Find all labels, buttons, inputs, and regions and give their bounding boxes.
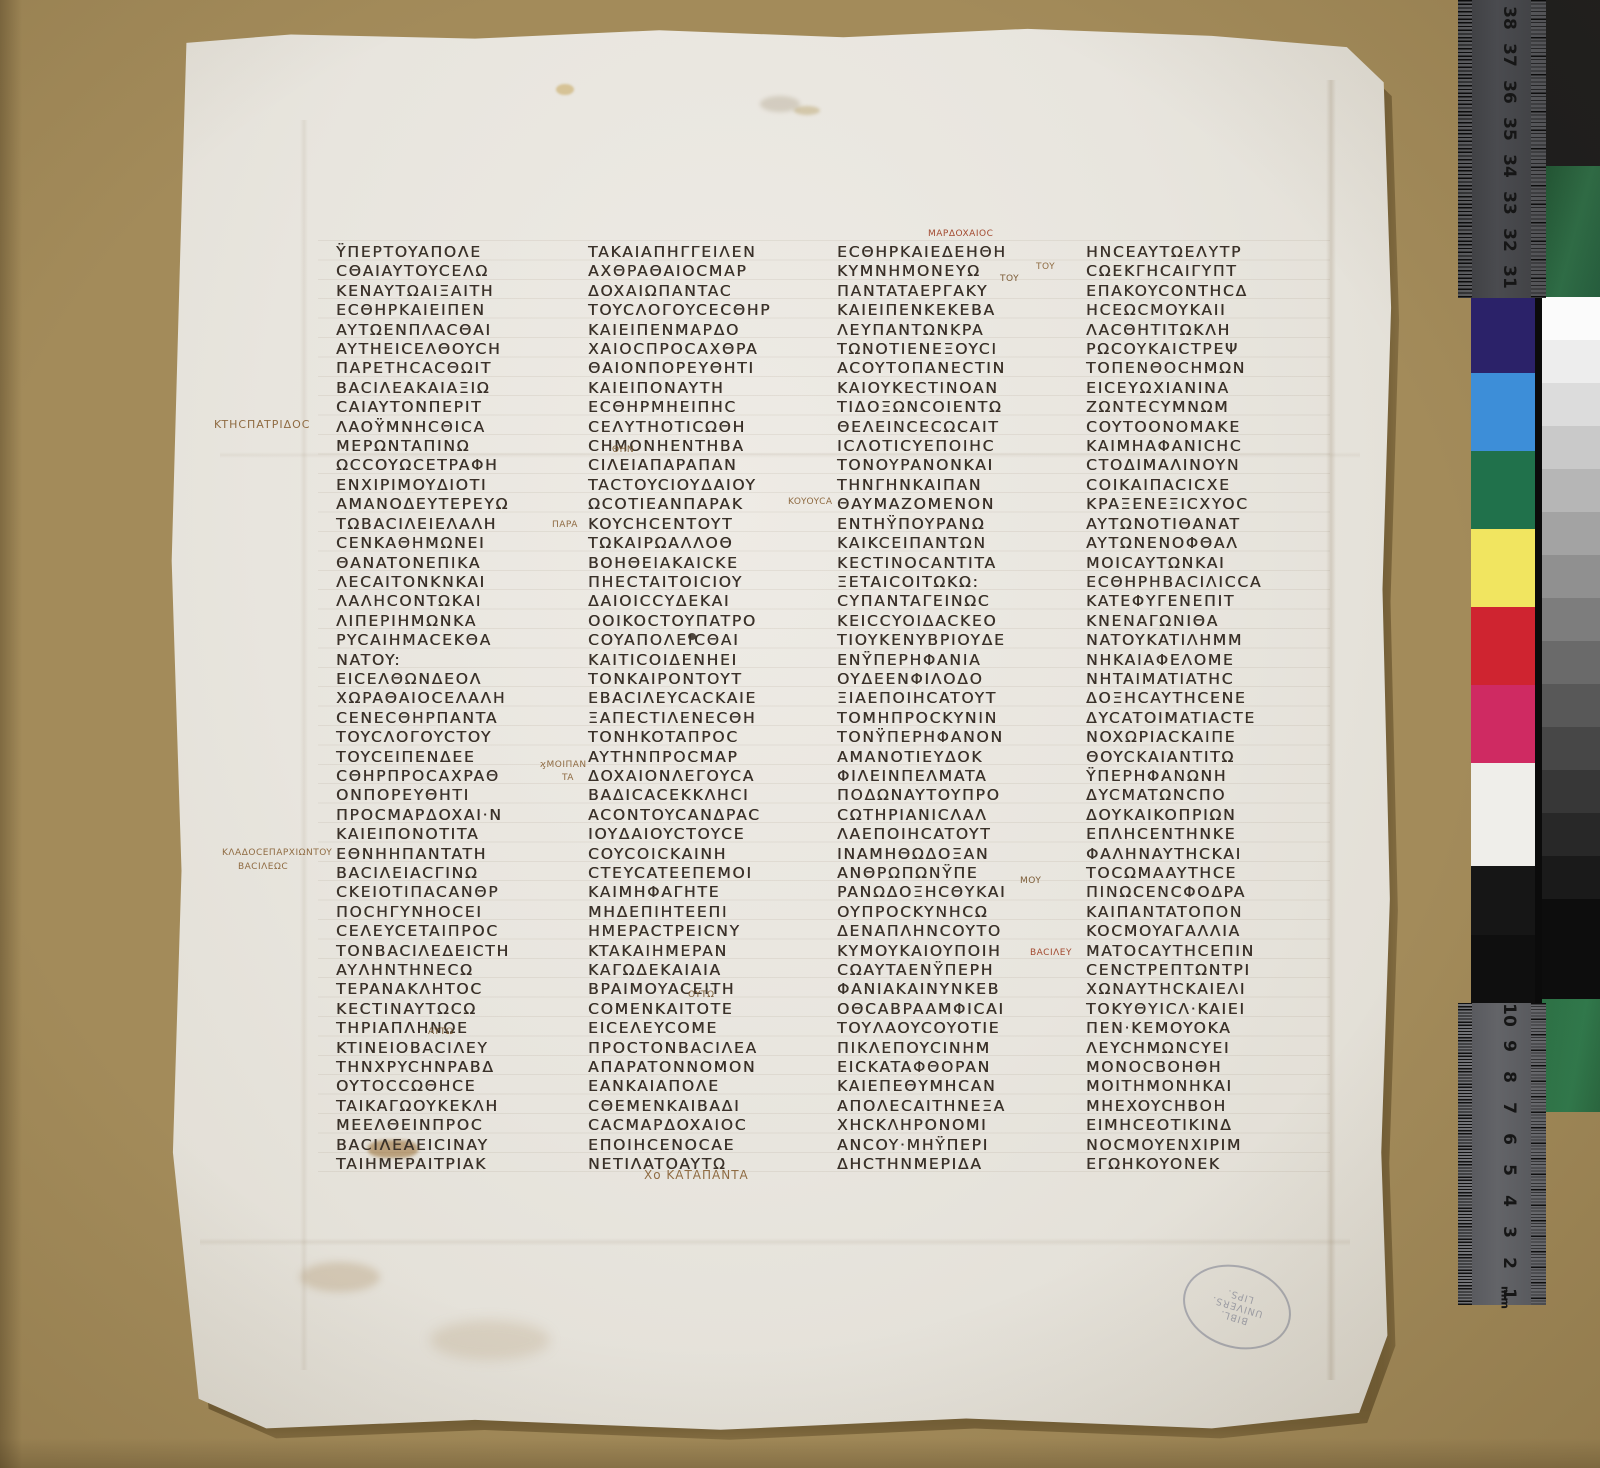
margin-note-klados-line2: BACIΛEΩC [238, 862, 288, 872]
text-line: TOYCΛOΓOYCTOY [336, 728, 580, 747]
text-line: OYΠPOCKYNHCΩ [837, 903, 1081, 922]
text-line: ΦIΛEINΠEΛMATA [837, 767, 1081, 786]
text-line: TOYΛAOYCOYOTIE [837, 1019, 1081, 1038]
text-line: KATEΦYΓENEΠIT [1086, 592, 1330, 611]
rubric-mardochaios: MAPΔOXAIOC [928, 229, 993, 239]
text-line: ΠEN·KEMOYOKA [1086, 1019, 1330, 1038]
gray-step-12 [1542, 770, 1600, 813]
text-line: ΘAIONΠOPEYΘHTI [588, 359, 832, 378]
text-line: EΠAKOYCONTHCΔ [1086, 282, 1330, 301]
text-line: ΔENAΠΛHNCOYTO [837, 922, 1081, 941]
text-line: COYTOONOMAKE [1086, 418, 1330, 437]
text-line: NHTAIMATIATHC [1086, 670, 1330, 689]
text-line: AMANOΔEYTEPEYΩ [336, 495, 580, 514]
text-line: ΔOYKAIKOΠPIΩN [1086, 806, 1330, 825]
text-line: KECTINOCANTITA [837, 554, 1081, 573]
text-line: AMANOTIEYΔOK [837, 748, 1081, 767]
text-line: CΩEKΓHCAIΓYΠT [1086, 262, 1330, 281]
ruler-cm-ticks [1531, 1003, 1546, 1305]
text-line: AYTHEICEΛΘOYCH [336, 340, 580, 359]
text-line: ΔOXAIONΛEΓOYCA [588, 767, 832, 786]
superscript-tou: TOY [1000, 274, 1019, 284]
text-line: ΔYCATOIMATIACTE [1086, 709, 1330, 728]
text-line: NATOYKATIΛHMM [1086, 631, 1330, 650]
color-patch-black [1471, 866, 1535, 935]
text-line: ΠPOCTONBACIΛEA [588, 1039, 832, 1058]
text-line: ΔOXAIΩΠANTAC [588, 282, 832, 301]
text-line: ANΘPΩΠΩNΫΠE [837, 864, 1081, 883]
color-patch-dark-blue [1471, 295, 1535, 373]
text-line: TOCΩMAAYTHCE [1086, 864, 1330, 883]
text-line: TΩBACIΛEIEΛAΛH [336, 515, 580, 534]
text-line: KAITICOIΔENHEI [588, 651, 832, 670]
ruler-number-4: 4 [1499, 1188, 1519, 1214]
gray-step-1 [1542, 297, 1600, 340]
text-line: THNΓHNKAIΠAN [837, 476, 1081, 495]
text-line: ΠIKΛEΠOYCINHM [837, 1039, 1081, 1058]
text-line: TONBACIΛEΔEICTH [336, 942, 580, 961]
text-line: KAIMHΦAΓHTE [588, 883, 832, 902]
ruler-number-34: 34 [1499, 153, 1519, 179]
text-line: KAIΠANTATOΠON [1086, 903, 1330, 922]
margin-note-moipan-line1: ϗMOIΠAN [540, 760, 587, 770]
text-line: ΛAEΠOIHCATOYT [837, 825, 1081, 844]
text-line: CTOΔIMAΛINOYN [1086, 456, 1330, 475]
margin-note-klados-line1: KΛAΔOCEΠAPXIΩNTOY [222, 848, 332, 858]
text-line: BACIΛEAKAIAΞIΩ [336, 379, 580, 398]
text-line: TOΠENΘOCHMΩN [1086, 359, 1330, 378]
text-line: CΘAIAYTOYCEΛΩ [336, 262, 580, 281]
text-line: OΘCABPAAMΦICAI [837, 1000, 1081, 1019]
text-line: KECTINAYTΩCΩ [336, 1000, 580, 1019]
text-line: CAIAYTONΠEPIT [336, 398, 580, 417]
text-line: ΦAΛHNAYTHCKAI [1086, 845, 1330, 864]
text-line: EΠOIHCENOCAE [588, 1136, 832, 1155]
text-line: AXΘPAΘAIOCMAP [588, 262, 832, 281]
text-line: TONOYPANONKAI [837, 456, 1081, 475]
ruler-number-35: 35 [1499, 116, 1519, 142]
chart-divider [1535, 295, 1542, 1003]
text-line: EICEΛEYCOME [588, 1019, 832, 1038]
text-line: EIMHCEOTIKINΔ [1086, 1116, 1330, 1135]
text-line: TIΔOΞΩNCOIENTΩ [837, 398, 1081, 417]
text-line: ECΘHPKAIEIΠEN [336, 301, 580, 320]
faint-quire-mark [760, 96, 800, 112]
text-line: KAΓΩΔEKAIAIA [588, 961, 832, 980]
text-line: XΩNAYTHCKAIEΛI [1086, 980, 1330, 999]
ruler-number-38: 38 [1499, 5, 1519, 31]
text-line: ΛAOΫMNHCΘICA [336, 418, 580, 437]
text-line: COMENKAITOTE [588, 1000, 832, 1019]
text-line: CEΛEYCETAIΠPOC [336, 922, 580, 941]
text-line: EBACIΛEYCACKAIE [588, 689, 832, 708]
dark-backing [1543, 0, 1600, 168]
text-line: COYAΠOΛEICΘAI [588, 631, 832, 650]
text-line: AYTHNΠPOCMAP [588, 748, 832, 767]
text-line: TEPANAKΛHTOC [336, 980, 580, 999]
gray-step-13 [1542, 813, 1600, 856]
text-line: ΔAIOICCYΔEKAI [588, 592, 832, 611]
ruler-number-36: 36 [1499, 79, 1519, 105]
text-line: ICΛOTICYEΠOIHC [837, 437, 1081, 456]
text-line: MEPΩNTAΠINΩ [336, 437, 580, 456]
text-line: ΘOYCKAIANTITΩ [1086, 748, 1330, 767]
text-line: ΛIΠEPIHMΩNKA [336, 612, 580, 631]
text-line: KNENAΓΩNIΘA [1086, 612, 1330, 631]
text-line: ΘEΛEINCECΩCAIT [837, 418, 1081, 437]
ruler-number-37: 37 [1499, 42, 1519, 68]
text-line: TACTOYCIOYΔAIOY [588, 476, 832, 495]
gray-step-11 [1542, 727, 1600, 770]
margin-note-katapanta: Χο ΚΑΤΑΠΑΝΤΑ [644, 1168, 749, 1182]
text-line: CΩTHPIANICΛAΛ [837, 806, 1081, 825]
text-line: TAKAIAΠHΓΓEIΛEN [588, 243, 832, 262]
gray-step-5 [1542, 469, 1600, 512]
text-line: PYCAIHMACEKΘA [336, 631, 580, 650]
text-line: ΠOΔΩNAYTOYΠPO [837, 786, 1081, 805]
color-patch-black-2 [1471, 935, 1535, 1003]
green-cloth-top [1541, 166, 1600, 298]
text-line: BAΔICACEKKΛHCI [588, 786, 832, 805]
ruler-number-8: 8 [1499, 1064, 1519, 1090]
text-line: ΠINΩCENCΦOΔPA [1086, 883, 1330, 902]
text-line: OYTOCCΩΘHCE [336, 1077, 580, 1096]
margin-note-kouousa: KOYOYCA [788, 497, 833, 507]
text-line: MHΔEΠIHTEEΠI [588, 903, 832, 922]
text-line: HMEPACTPEICNY [588, 922, 832, 941]
text-line: OYΔEENΦIΛOΔO [837, 670, 1081, 689]
text-line: KAIOYKECTINOAN [837, 379, 1081, 398]
gray-step-2 [1542, 340, 1600, 383]
text-line: ΘANATONEΠIKA [336, 554, 580, 573]
text-line: TΩNOTIENEΞOYCI [837, 340, 1081, 359]
text-line: COYCOICKAINH [588, 845, 832, 864]
text-line: ΛEYCHMΩNCYEI [1086, 1039, 1330, 1058]
text-line: ΫΠEPTOYAΠOΛE [336, 243, 580, 262]
text-line: HCEΩCMOYKAII [1086, 301, 1330, 320]
text-line: PΩCOYKAICTPEΨ [1086, 340, 1330, 359]
color-patch-red [1471, 607, 1535, 685]
text-line: CIΛEIAΠAPAΠAN [588, 456, 832, 475]
ruler-top-segment: 3837363534333231 [1458, 0, 1546, 298]
ruler-mm-ticks [1458, 1003, 1472, 1305]
text-line: MONOCBOHΘH [1086, 1058, 1330, 1077]
text-line: CEΛYTHOTICΩΘH [588, 418, 832, 437]
text-line: ONΠOPEYΘHTI [336, 786, 580, 805]
text-line: NATOY: [336, 651, 580, 670]
text-line: KPAΞENEΞICXYOC [1086, 495, 1330, 514]
gray-step-8 [1542, 598, 1600, 641]
color-patch-column [1471, 295, 1535, 1003]
ruler-number-9: 9 [1499, 1033, 1519, 1059]
text-line: KENAYTΩAIΞAITH [336, 282, 580, 301]
text-line: MOITHMONHKAI [1086, 1077, 1330, 1096]
grayscale-wedge [1542, 297, 1600, 899]
catchword-tou: TOY [1036, 262, 1055, 272]
text-line: CKEIOTIΠACANΘP [336, 883, 580, 902]
text-line: MEEΛΘEINΠPOC [336, 1116, 580, 1135]
text-line: KAIEIΠONAYTH [588, 379, 832, 398]
color-patch-magenta [1471, 685, 1535, 763]
ruler-unit-label: mm [1499, 1285, 1512, 1311]
text-line: AYTΩNENOΦΘAΛ [1086, 534, 1330, 553]
text-line: CENKAΘHMΩNEI [336, 534, 580, 553]
text-line: ΔYCMATΩNCΠO [1086, 786, 1330, 805]
text-line: TΩKAIPΩAΛΛOΘ [588, 534, 832, 553]
text-line: MOICAYTΩNKAI [1086, 554, 1330, 573]
text-line: EΓΩHKOYONEK [1086, 1155, 1330, 1174]
text-line: ΛAΛHCONTΩKAI [336, 592, 580, 611]
text-column-1: ΫΠEPTOYAΠOΛECΘAIAYTOYCEΛΩKENAYTΩAIΞAITHE… [336, 243, 580, 1175]
text-line: KAIEIΠONOTITA [336, 825, 580, 844]
text-line: ANCOY·MHΫΠEPI [837, 1136, 1081, 1155]
text-line: AYΛHNTHNECΩ [336, 961, 580, 980]
text-line: KAIEIΠENKEKEBA [837, 301, 1081, 320]
ruler-number-2: 2 [1499, 1250, 1519, 1276]
text-line: ΠHECTAITOICIOY [588, 573, 832, 592]
color-patch-blue [1471, 373, 1535, 451]
text-line: TOMHΠPOCKYNIN [837, 709, 1081, 728]
text-line: HNCEAYTΩEΛYTP [1086, 243, 1330, 262]
superscript-autw: AYTΩ [428, 1027, 453, 1037]
text-line: CTEYCATEEΠEMOI [588, 864, 832, 883]
color-patch-white [1471, 763, 1535, 866]
text-line: ENΫΠEPHΦANIA [837, 651, 1081, 670]
text-line: AYTΩNOTIΘANAT [1086, 515, 1330, 534]
ruler-number-6: 6 [1499, 1126, 1519, 1152]
gray-step-9 [1542, 641, 1600, 684]
gray-step-3 [1542, 383, 1600, 426]
text-line: ACONTOYCANΔPAC [588, 806, 832, 825]
superscript-thn: ΘHN [612, 445, 634, 455]
ruler-number-3: 3 [1499, 1219, 1519, 1245]
text-line: NOXΩPIACKAIΠE [1086, 728, 1330, 747]
text-line: TONΫΠEPHΦANON [837, 728, 1081, 747]
text-line: ZΩNTECYMNΩM [1086, 398, 1330, 417]
ruler-number-7: 7 [1499, 1095, 1519, 1121]
text-line: INAMHΘΩΔOΞAN [837, 845, 1081, 864]
stain [430, 1320, 550, 1360]
text-line: EΠΛHCENTHNKE [1086, 825, 1330, 844]
text-line: ΛACΘHTITΩKΛH [1086, 321, 1330, 340]
text-line: KAIEΠEΘYMHCAN [837, 1077, 1081, 1096]
text-line: AΠOΛECAITHNEΞA [837, 1097, 1081, 1116]
text-line: COIKAIΠACICXE [1086, 476, 1330, 495]
text-line: CACMAPΔOXAIOC [588, 1116, 832, 1135]
text-line: ΞIAEΠOIHCATOYT [837, 689, 1081, 708]
text-line: EICKATAΦΘOPAN [837, 1058, 1081, 1077]
text-line: ECΘHPMHEIΠHC [588, 398, 832, 417]
text-line: KEICCYOIΔACKEO [837, 612, 1081, 631]
text-line: ΛEYΠANTΩNKPA [837, 321, 1081, 340]
ruler-number-10: 10 [1499, 1002, 1519, 1028]
text-line: CΩAYTAENΫΠEPH [837, 961, 1081, 980]
text-line: ECΘHPKAIEΔEHΘH [837, 243, 1081, 262]
text-line: MHEXOYCHBOH [1086, 1097, 1330, 1116]
text-line: KAIKCEIΠANTΩN [837, 534, 1081, 553]
text-line: XAIOCΠPOCAXΘPA [588, 340, 832, 359]
gray-step-4 [1542, 426, 1600, 469]
text-line: PANΩΔOΞHCΘYKAI [837, 883, 1081, 902]
text-line: ΔOΞHCAYTHCENE [1086, 689, 1330, 708]
text-line: THPIAΠΛHNΩE [336, 1019, 580, 1038]
ruler-number-33: 33 [1499, 190, 1519, 216]
text-line: TIOYKENYBPIOYΔE [837, 631, 1081, 650]
superscript-outw: OYTΩ [688, 990, 714, 1000]
text-line: KOCMOYAΓAΛΛIA [1086, 922, 1330, 941]
text-line: BACIΛEAEICINAY [336, 1136, 580, 1155]
text-line: KTAKAIHMEPAN [588, 942, 832, 961]
text-line: ΠANTATAEPΓAKY [837, 282, 1081, 301]
manuscript-photograph: ΫΠEPTOYAΠOΛECΘAIAYTOYCEΛΩKENAYTΩAIΞAITHE… [0, 0, 1600, 1468]
text-line: TAIKAΓΩOYKEKΛH [336, 1097, 580, 1116]
text-line: KTINEIOBACIΛEY [336, 1039, 580, 1058]
text-line: XΩPAΘAIOCEΛAΛH [336, 689, 580, 708]
rubric-basileu: BACIΛEY [1030, 948, 1072, 958]
text-line: EΘNHHΠANTATH [336, 845, 580, 864]
text-line: CENCTPEΠTΩNTPI [1086, 961, 1330, 980]
text-line: CENECΘHPΠANTA [336, 709, 580, 728]
text-line: TOYCΛOΓOYCECΘHP [588, 301, 832, 320]
horizontal-crease [200, 1238, 1350, 1246]
color-patch-green [1471, 451, 1535, 529]
text-line: CΘEMENKAIBAΔI [588, 1097, 832, 1116]
text-column-2: TAKAIAΠHΓΓEIΛENAXΘPAΘAIOCMAPΔOXAIΩΠANTAC… [588, 243, 832, 1175]
text-line: IOYΔAIOYCTOYCE [588, 825, 832, 844]
gray-step-6 [1542, 512, 1600, 555]
text-line: ΩCCOYΩCETPAΦH [336, 456, 580, 475]
text-line: BACIΛEIACΓINΩ [336, 864, 580, 883]
text-column-3: ECΘHPKAIEΔEHΘHKYMNHMONEYΩΠANTATAEPΓAKYKA… [837, 243, 1081, 1175]
text-line: CYΠANTAΓEINΩC [837, 592, 1081, 611]
gray-step-14 [1542, 856, 1600, 899]
text-line: ΔHCTHNMEPIΔA [837, 1155, 1081, 1174]
text-line: KAIMHAΦANICHC [1086, 437, 1330, 456]
text-line: NHKAIAΦEΛOME [1086, 651, 1330, 670]
text-line: ECΘHPHBACIΛICCA [1086, 573, 1330, 592]
text-line: AΠAPATONNOMON [588, 1058, 832, 1077]
text-line: ΘAYMAZOMENON [837, 495, 1081, 514]
ruler-number-5: 5 [1499, 1157, 1519, 1183]
text-line: ΠOCHΓYNHOCEI [336, 903, 580, 922]
text-line: AYTΩENΠΛACΘAI [336, 321, 580, 340]
text-line: TAIHMEPAITPIAK [336, 1155, 580, 1174]
text-line: EICEΛΘΩNΔEOΛ [336, 670, 580, 689]
text-line: ACOYTOΠANECTIN [837, 359, 1081, 378]
text-line: EICEYΩXIANINA [1086, 379, 1330, 398]
gray-step-10 [1542, 684, 1600, 727]
stain [556, 84, 574, 95]
margin-note-patridos: KTHCΠATPIΔOC [214, 418, 310, 431]
text-line: TONHKOTAΠPOC [588, 728, 832, 747]
vertical-crease [300, 120, 308, 1370]
text-line: ΫΠEPHΦANΩNH [1086, 767, 1330, 786]
ruler-number-32: 32 [1499, 227, 1519, 253]
color-patch-yellow [1471, 529, 1535, 607]
text-line: ΛECAITONKNKAI [336, 573, 580, 592]
text-line: BOHΘEIAKAICKE [588, 554, 832, 573]
green-cloth-bottom [1539, 998, 1600, 1112]
text-line: THNXPYCHNPABΔ [336, 1058, 580, 1077]
text-line: ΠAPETHCACΘΩIT [336, 359, 580, 378]
ruler-cm-ticks [1531, 0, 1546, 298]
text-line: ΞETAICOITΩKΩ: [837, 573, 1081, 592]
text-column-4: HNCEAYTΩEΛYTPCΩEKΓHCAIΓYΠTEΠAKOYCONTHCΔH… [1086, 243, 1330, 1175]
text-line: TONKAIPONTOYT [588, 670, 832, 689]
margin-note-para: ΠAPA [552, 520, 578, 530]
text-line: TOKYΘYICΛ·KAIEI [1086, 1000, 1330, 1019]
text-line: XHCKΛHPONOMI [837, 1116, 1081, 1135]
stain [300, 1262, 380, 1292]
text-line: ENTHΫΠOYPANΩ [837, 515, 1081, 534]
text-line: ΦANIAKAINYNKEB [837, 980, 1081, 999]
ruler-mm-ticks [1458, 0, 1472, 298]
margin-note-moipan-line2: TA [562, 773, 574, 783]
text-line: ΠPOCMAPΔOXAI·N [336, 806, 580, 825]
grayscale-black-block [1542, 899, 1600, 999]
text-line: EANKAIAΠOΛE [588, 1077, 832, 1096]
text-line: ΞAΠECTIΛENECΘH [588, 709, 832, 728]
text-line: OOIKOCTOYΠATPO [588, 612, 832, 631]
superscript-mou: MOY [1020, 876, 1041, 886]
text-line: ENXIPIMOYΔIOTI [336, 476, 580, 495]
text-line: MATOCAYTHCEΠIN [1086, 942, 1330, 961]
gray-step-7 [1542, 555, 1600, 598]
text-line: KOYCHCENTOYT [588, 515, 832, 534]
ruler-number-31: 31 [1499, 264, 1519, 290]
ruler-bottom-segment: 10987654321mm [1458, 1003, 1546, 1305]
text-line: NOCMOYENXIPIM [1086, 1136, 1330, 1155]
text-line: KAIEIΠENMAPΔO [588, 321, 832, 340]
